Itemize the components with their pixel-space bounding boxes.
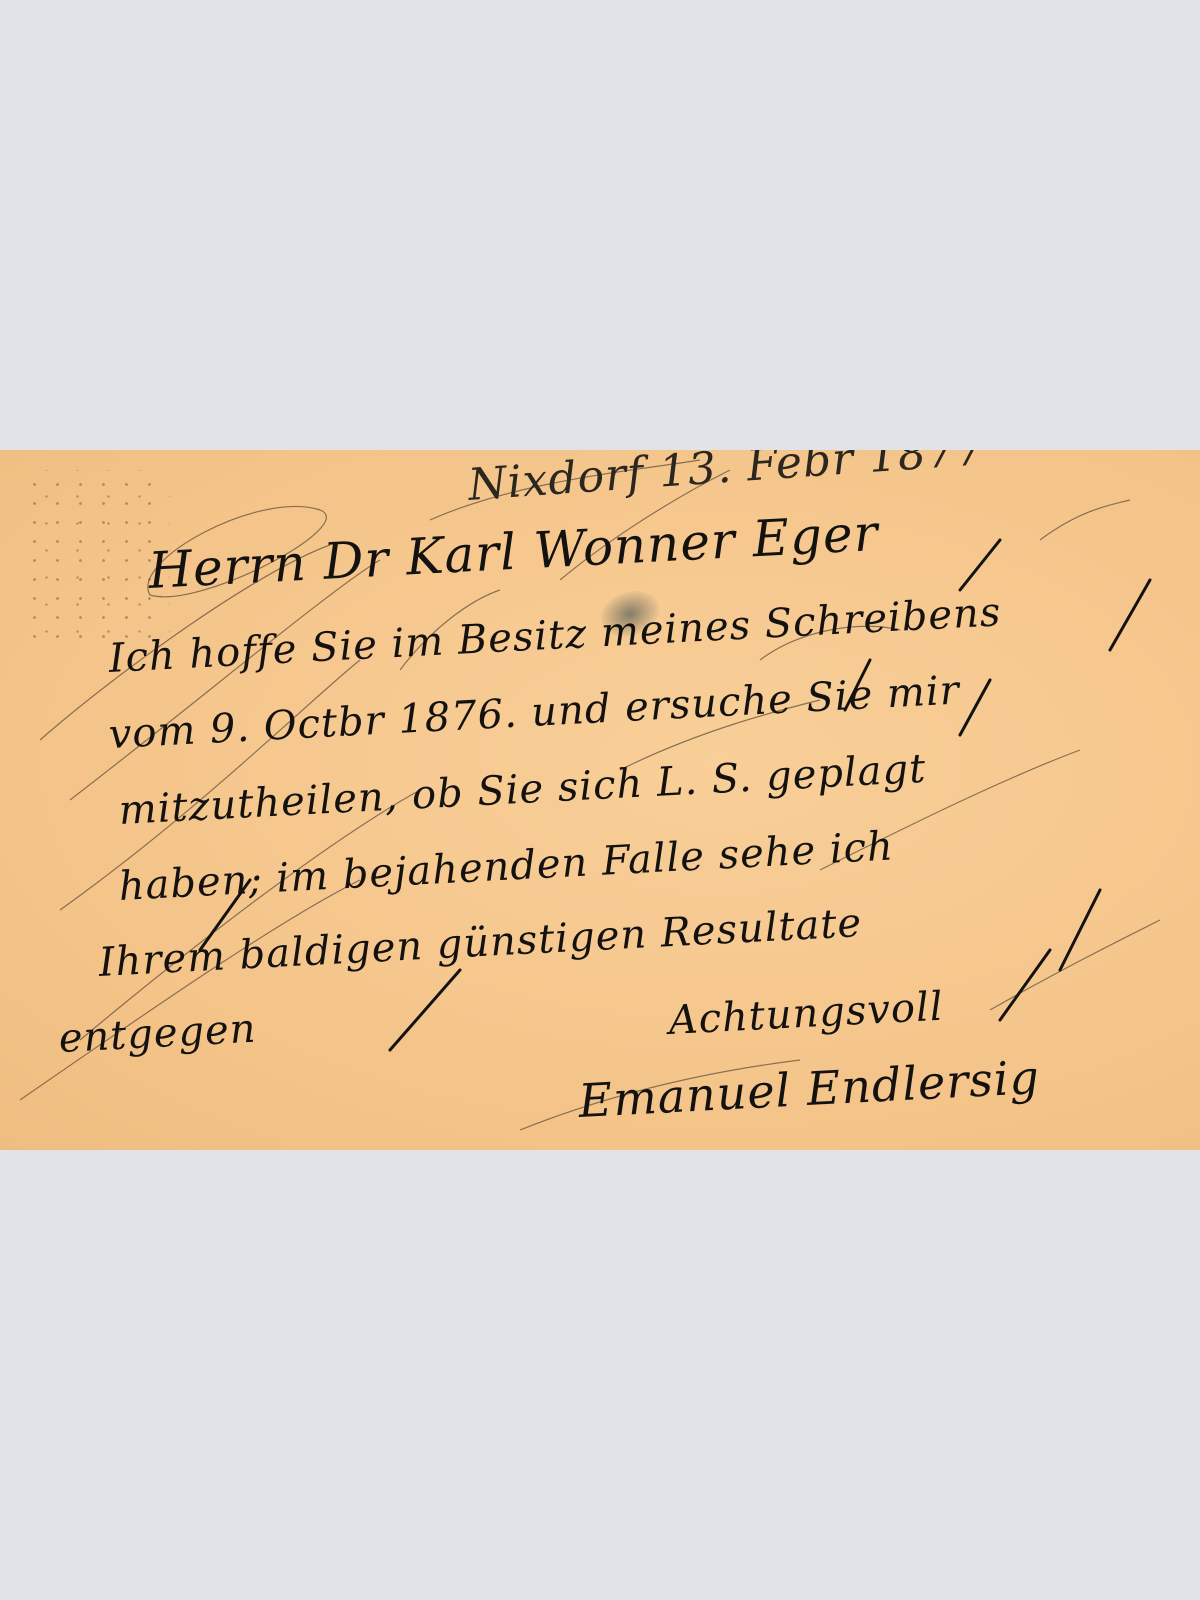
postcard: Nixdorf 13. Febr 1877 Herrn Dr Karl Wonn… — [0, 450, 1200, 1150]
